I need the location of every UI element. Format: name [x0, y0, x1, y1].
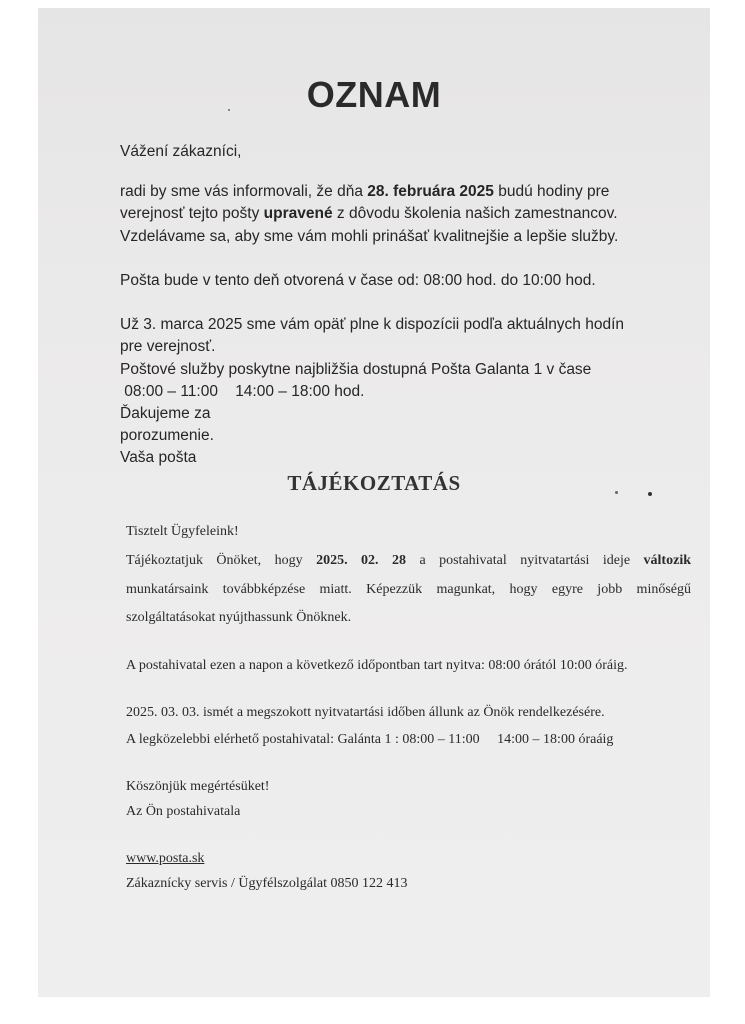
hungarian-thanks: Köszönjük megértésüket!	[126, 779, 269, 795]
slovak-thanks-line-1: Ďakujeme za	[120, 405, 210, 423]
text: verejnosť tejto pošty	[120, 205, 264, 222]
changes-highlight: változik	[644, 553, 691, 568]
hungarian-paragraph-1-line-1: Tájékoztatjuk Önöket, hogy 2025. 02. 28 …	[126, 553, 691, 569]
slovak-paragraph-3-line-2: pre verejnosť.	[120, 338, 215, 356]
hungarian-paragraph-3-line-1: 2025. 03. 03. ismét a megszokott nyitvat…	[126, 705, 605, 721]
paper-speck	[648, 492, 652, 496]
text: budú hodiny pre	[494, 183, 609, 200]
date-highlight: 2025. 02. 28	[316, 553, 406, 568]
paper-speck	[228, 109, 230, 111]
hungarian-paragraph-1-line-2: munkatársaink továbbképzése miatt. Képez…	[126, 582, 691, 598]
hungarian-title: TÁJÉKOZTATÁS	[38, 471, 710, 496]
text: z dôvodu školenia našich zamestnancov.	[333, 205, 618, 222]
customer-service-line: Zákaznícky servis / Ügyfélszolgálat 0850…	[126, 876, 407, 892]
slovak-title: OZNAM	[38, 74, 710, 116]
slovak-thanks-line-2: porozumenie.	[120, 427, 214, 445]
text: radi by sme vás informovali, že dňa	[120, 183, 367, 200]
slovak-opening-hours: Pošta bude v tento deň otvorená v čase o…	[120, 272, 596, 290]
hungarian-alternative-hours: A legközelebbi elérhető postahivatal: Ga…	[126, 732, 613, 748]
slovak-alternative-hours: 08:00 – 11:00 14:00 – 18:00 hod.	[120, 383, 364, 401]
slovak-signature: Vaša pošta	[120, 449, 196, 467]
slovak-greeting: Vážení zákazníci,	[120, 143, 241, 161]
slovak-paragraph-3-line-3: Poštové služby poskytne najbližšia dostu…	[120, 361, 591, 379]
slovak-paragraph-1-line-2: verejnosť tejto pošty upravené z dôvodu …	[120, 205, 618, 223]
website-link[interactable]: www.posta.sk	[126, 851, 204, 867]
hungarian-signature: Az Ön postahivatala	[126, 804, 240, 820]
modified-highlight: upravené	[264, 205, 333, 222]
slovak-paragraph-1-line-1: radi by sme vás informovali, že dňa 28. …	[120, 183, 609, 201]
text: Tájékoztatjuk Önöket, hogy	[126, 553, 316, 568]
hungarian-greeting: Tisztelt Ügyfeleink!	[126, 524, 239, 540]
notice-page: OZNAM Vážení zákazníci, radi by sme vás …	[38, 8, 710, 997]
hungarian-paragraph-1-line-3: szolgáltatásokat nyújthassunk Önöknek.	[126, 610, 351, 626]
text: a postahivatal nyitvatartási ideje	[406, 553, 644, 568]
slovak-paragraph-1-line-3: Vzdelávame sa, aby sme vám mohli prináša…	[120, 228, 618, 246]
paper-speck	[615, 491, 618, 494]
slovak-paragraph-3-line-1: Už 3. marca 2025 sme vám opäť plne k dis…	[120, 316, 624, 334]
date-highlight: 28. februára 2025	[367, 183, 494, 200]
hungarian-opening-hours: A postahivatal ezen a napon a következő …	[126, 658, 628, 674]
